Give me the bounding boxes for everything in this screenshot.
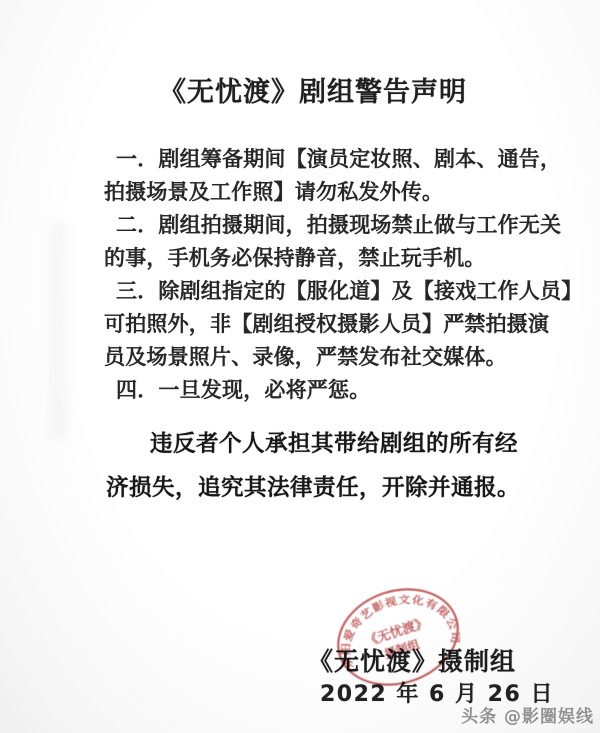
notice-line-2b: 的事，手机务必保持静音，禁止玩手机。 [104,242,520,275]
notice-line-3c: 员及场景照片、录像，严禁发布社交媒体。 [104,341,520,374]
penalty-paragraph: 违反者个人承担其带给剧组的所有经 济损失，追究其法律责任，开除并通报。 [106,422,518,510]
notice-line-2a: 二．剧组拍摄期间，拍摄现场禁止做与工作无关 [104,209,520,242]
penalty-line-2: 济损失，追究其法律责任，开除并通报。 [106,466,518,510]
notice-line-4: 四．一旦发现，必将严惩。 [104,374,520,407]
notice-line-3b: 可拍照外，非【剧组授权摄影人员】严禁拍摄演 [104,308,520,341]
notice-body: 一．剧组筹备期间【演员定妆照、剧本、通告， 拍摄场景及工作照】请勿私发外传。 二… [104,143,520,407]
document-title: 《无忧渡》剧组警告声明 [13,70,600,109]
notice-line-3a: 三．除剧组指定的【服化道】及【接戏工作人员】 [104,275,520,308]
notice-line-1b: 拍摄场景及工作照】请勿私发外传。 [104,176,520,209]
photo-edge-shading [52,220,74,440]
document-photo: 《无忧渡》剧组警告声明 一．剧组筹备期间【演员定妆照、剧本、通告， 拍摄场景及工… [0,0,600,733]
official-seal: 东阳爱奇艺影视文化有限公司 《无忧渡》 摄制组 [330,584,466,690]
penalty-line-1: 违反者个人承担其带给剧组的所有经 [106,422,518,466]
notice-line-1a: 一．剧组筹备期间【演员定妆照、剧本、通告， [104,143,520,176]
